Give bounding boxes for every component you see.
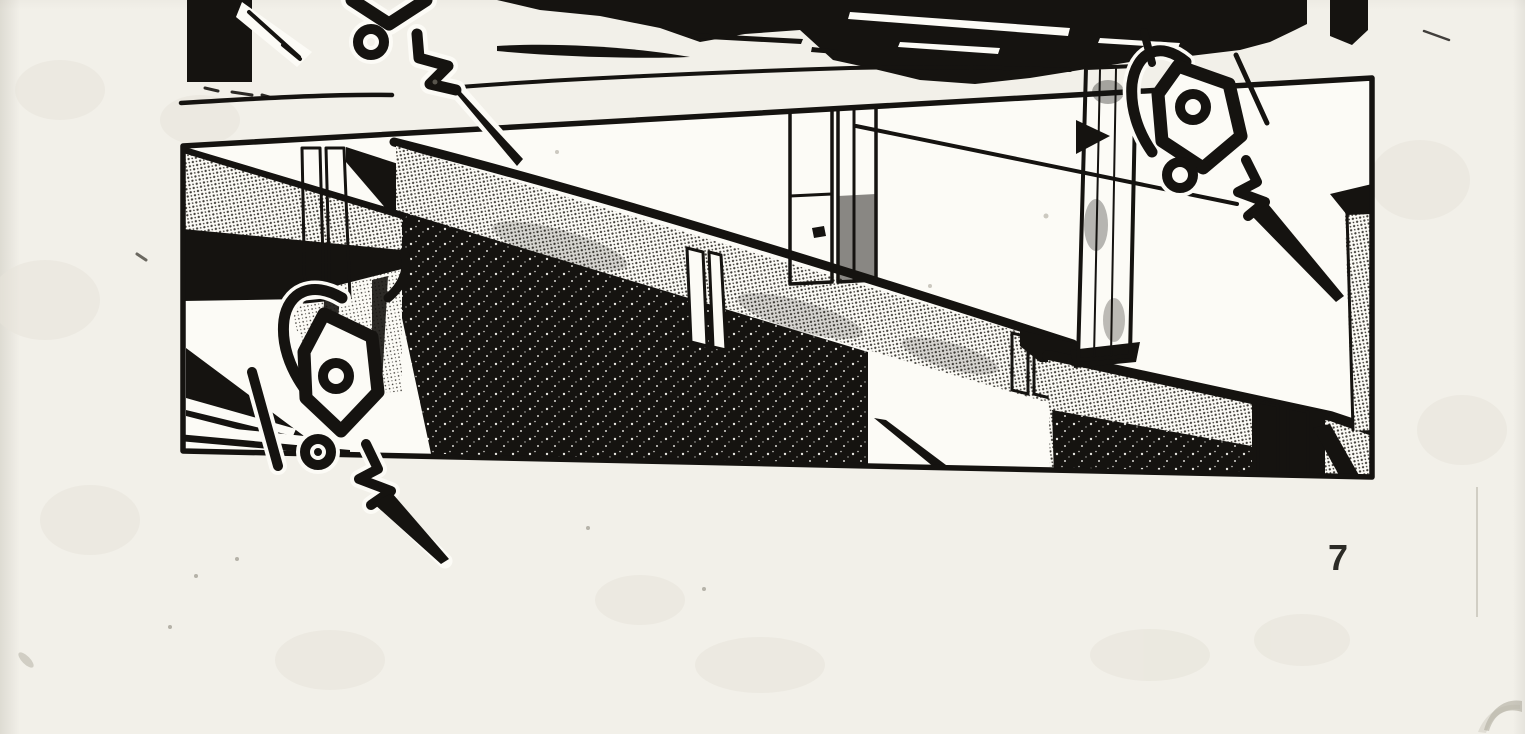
- page-number: 7: [1328, 540, 1372, 576]
- comic-artwork: [0, 0, 1525, 734]
- scanned-page: 7: [0, 0, 1525, 734]
